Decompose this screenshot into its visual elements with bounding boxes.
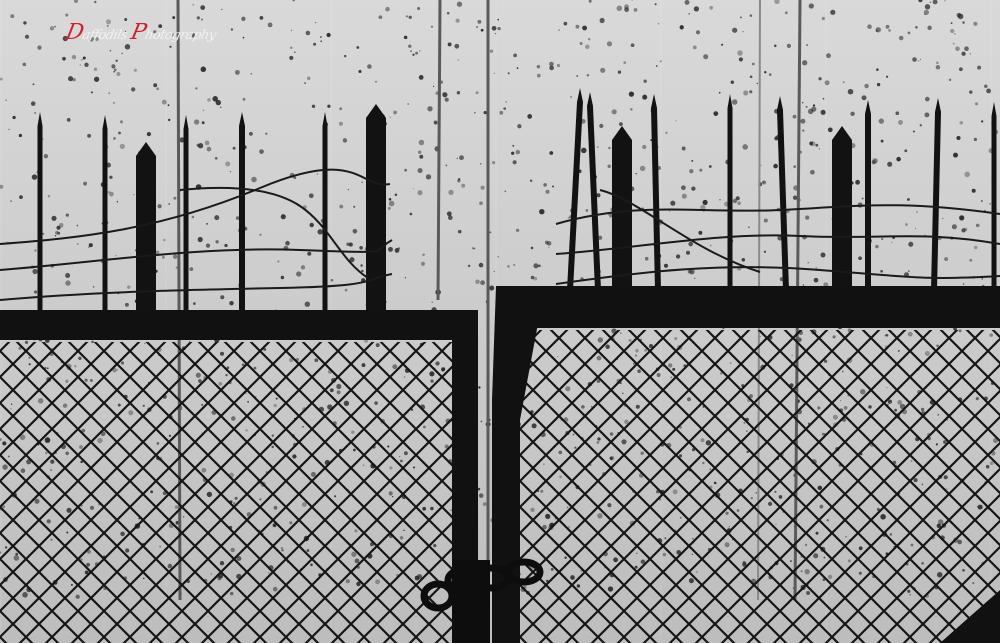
gate-scene bbox=[0, 0, 1000, 643]
watermark-word-2: hotography bbox=[143, 28, 217, 43]
left-top-rail bbox=[0, 310, 478, 340]
photographer-watermark: Daffodils Photography bbox=[63, 20, 219, 45]
photograph: Daffodils Photography bbox=[0, 0, 1000, 643]
right-spikes bbox=[567, 88, 997, 290]
right-chainlink-mesh bbox=[515, 330, 1000, 643]
watermark-word-1: affodils bbox=[81, 28, 129, 43]
left-chainlink-mesh bbox=[0, 342, 452, 643]
left-barbed-wire bbox=[0, 170, 392, 300]
left-gate bbox=[0, 104, 478, 643]
padlock-icon bbox=[452, 560, 490, 643]
right-gate bbox=[492, 88, 1000, 643]
right-top-rail bbox=[496, 286, 1000, 328]
